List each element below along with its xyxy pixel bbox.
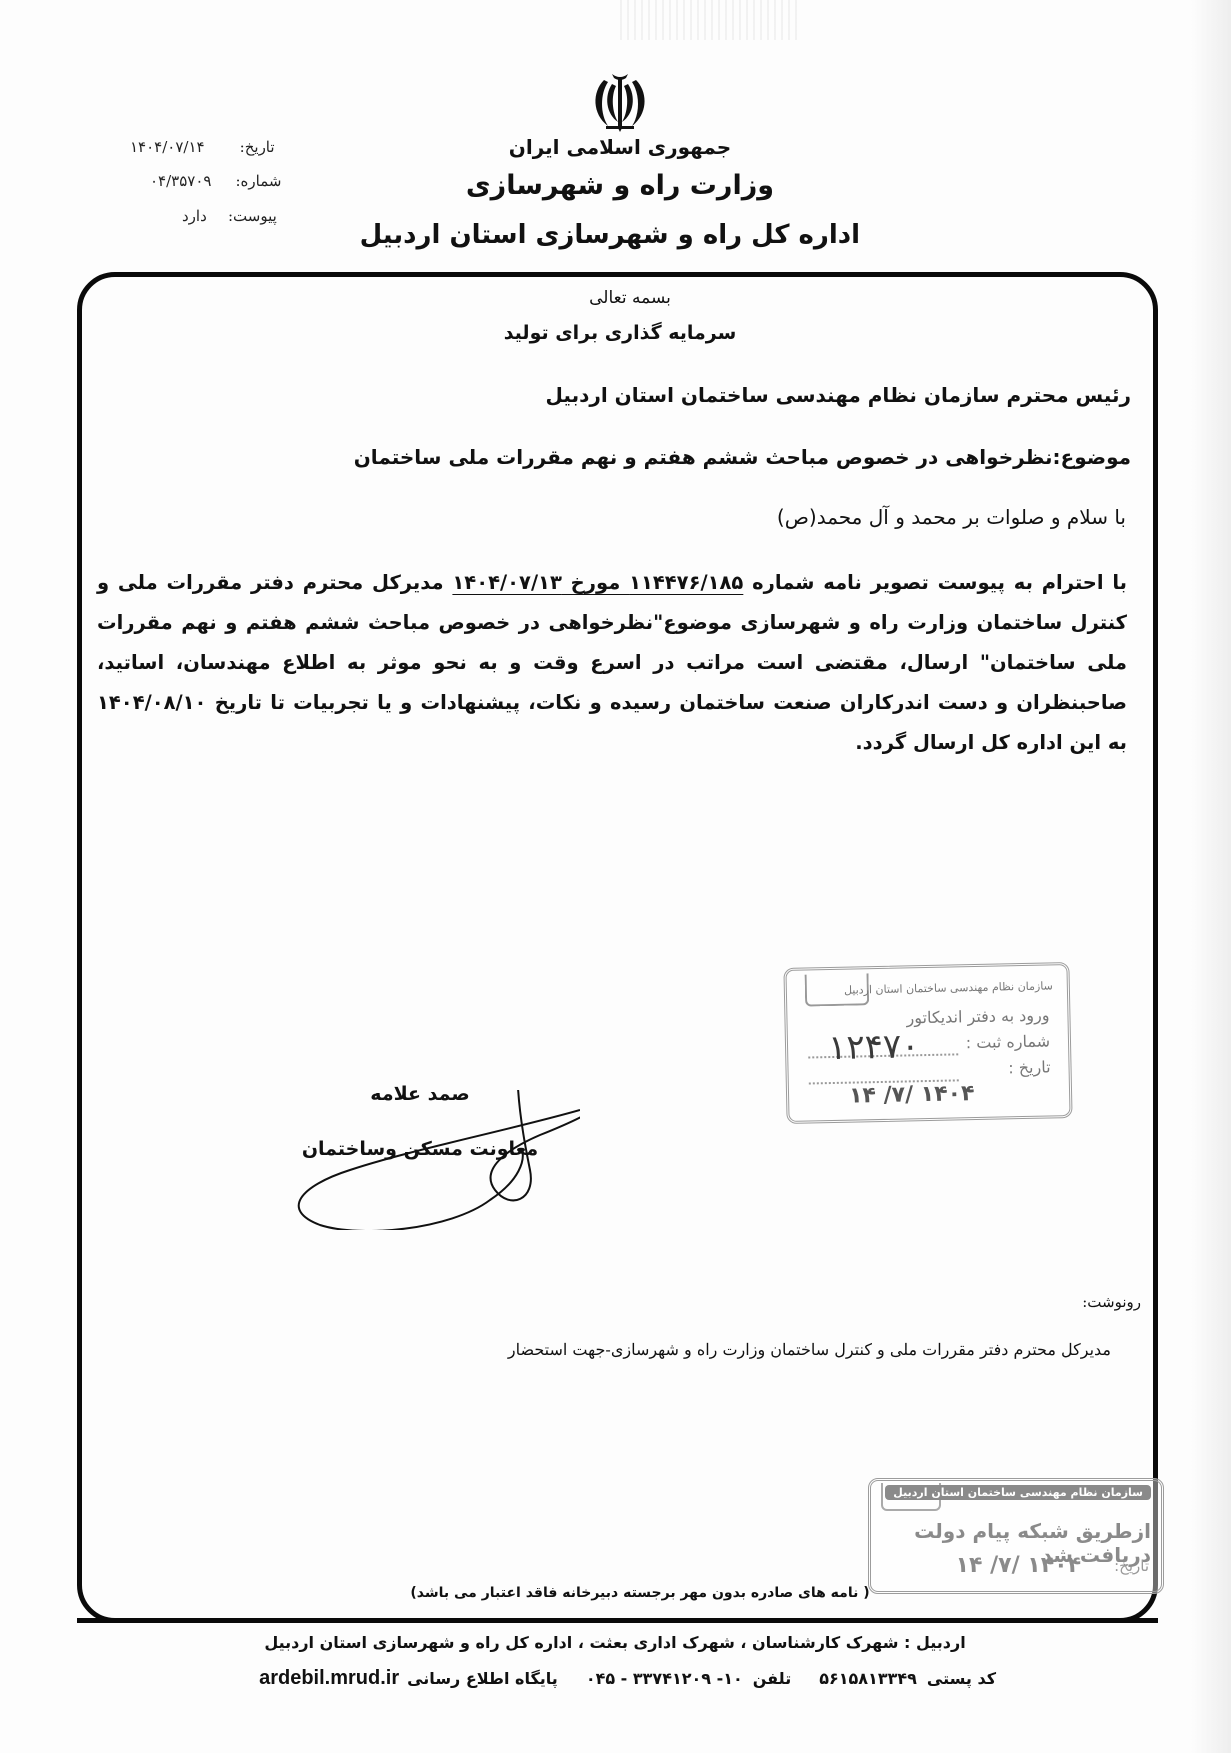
network-stamp-date-value: ۱۴۰۴ /۷/ ۱۴ [956, 1553, 1081, 1578]
postal-label: کد پستی [927, 1669, 996, 1688]
validity-notice: ( نامه های صادره بدون مهر برجسته دبیرخان… [300, 1585, 980, 1601]
postal-code: ۵۶۱۵۸۱۳۳۴۹ [819, 1669, 917, 1688]
entry-stamp-title: ورود به دفتر اندیکاتور [906, 1005, 1049, 1027]
meta-date: تاریخ: ۱۴۰۴/۰۷/۱۴ [130, 138, 275, 156]
phone-number: ۱۰- ۳۳۷۴۱۲۰۹ - ۰۴۵ [586, 1669, 743, 1688]
meta-number-value: ۰۴/۳۵۷۰۹ [150, 172, 211, 190]
slogan: سرمایه گذاری برای تولید [430, 322, 810, 344]
website-link[interactable]: ardebil.mrud.ir [259, 1667, 399, 1690]
entry-stamp-reg-label: شماره ثبت : [966, 1031, 1051, 1052]
entry-stamp: سازمان نظام مهندسی ساختمان استان اردبیل … [783, 962, 1072, 1124]
entry-stamp-date-label: تاریخ : [1008, 1057, 1051, 1077]
handwritten-signature [290, 1090, 580, 1230]
footer-divider [77, 1618, 1158, 1623]
meta-attachment-label: پیوست: [221, 207, 277, 225]
entry-stamp-date-value: ۱۴۰۴ /۷/ ۱۴ [849, 1081, 975, 1109]
iran-emblem-icon [590, 70, 650, 132]
header-ministry: وزارت راه و شهرسازی [420, 170, 820, 201]
letter-page: جمهوری اسلامی ایران وزارت راه و شهرسازی … [0, 0, 1231, 1753]
bismillah: بسمه تعالی [480, 288, 780, 308]
meta-attachment-value: دارد [182, 207, 207, 225]
cc-label: رونوشت: [1082, 1293, 1141, 1311]
footer-contact: کد پستی ۵۶۱۵۸۱۳۳۴۹ تلفن ۱۰- ۳۳۷۴۱۲۰۹ - ۰… [259, 1667, 996, 1690]
meta-date-label: تاریخ: [219, 138, 275, 156]
body-reference-number: ۱۱۴۴۷۶/۱۸۵ مورخ ۱۴۰۴/۰۷/۱۳ [452, 571, 743, 594]
body-part-1: با احترام به پیوست تصویر نامه شماره [743, 571, 1127, 594]
footer-address: اردبیل : شهرک کارشناسان ، شهرک اداری بعث… [250, 1633, 980, 1652]
network-stamp: سازمان نظام مهندسی ساختمان استان اردبیل … [868, 1478, 1164, 1594]
meta-attachment: پیوست: دارد [182, 207, 277, 225]
meta-number: شماره: ۰۴/۳۵۷۰۹ [150, 172, 281, 190]
network-stamp-org: سازمان نظام مهندسی ساختمان استان اردبیل [885, 1485, 1151, 1500]
greeting: با سلام و صلوات بر محمد و آل محمد(ص) [777, 505, 1126, 529]
website-label: پایگاه اطلاع رسانی [407, 1669, 558, 1688]
recipient: رئیس محترم سازمان نظام مهندسی ساختمان اس… [546, 383, 1131, 407]
body-part-2: مدیرکل محترم دفتر مقررات ملی و کنترل ساخ… [97, 571, 1127, 754]
meta-number-label: شماره: [225, 172, 281, 190]
phone-label: تلفن [753, 1669, 791, 1688]
letter-frame [77, 272, 1158, 1623]
cc-item: مدیرکل محترم دفتر مقررات ملی و کنترل ساخ… [508, 1340, 1111, 1359]
subject: موضوع:نظرخواهی در خصوص مباحث ششم هفتم و … [354, 445, 1131, 469]
meta-date-value: ۱۴۰۴/۰۷/۱۴ [130, 138, 205, 156]
entry-stamp-org: سازمان نظام مهندسی ساختمان استان اردبیل [844, 979, 1053, 996]
entry-stamp-reg-value: ۱۲۴۷۰ [828, 1026, 920, 1068]
scan-edge-shadow [1191, 0, 1231, 1753]
network-stamp-date-label: تاریخ: [1114, 1557, 1149, 1575]
letter-body: با احترام به پیوست تصویر نامه شماره ۱۱۴۴… [97, 563, 1127, 763]
header-office: اداره کل راه و شهرسازی استان اردبیل [380, 220, 860, 250]
header-country: جمهوری اسلامی ایران [420, 135, 820, 159]
scan-artifact [620, 0, 800, 40]
